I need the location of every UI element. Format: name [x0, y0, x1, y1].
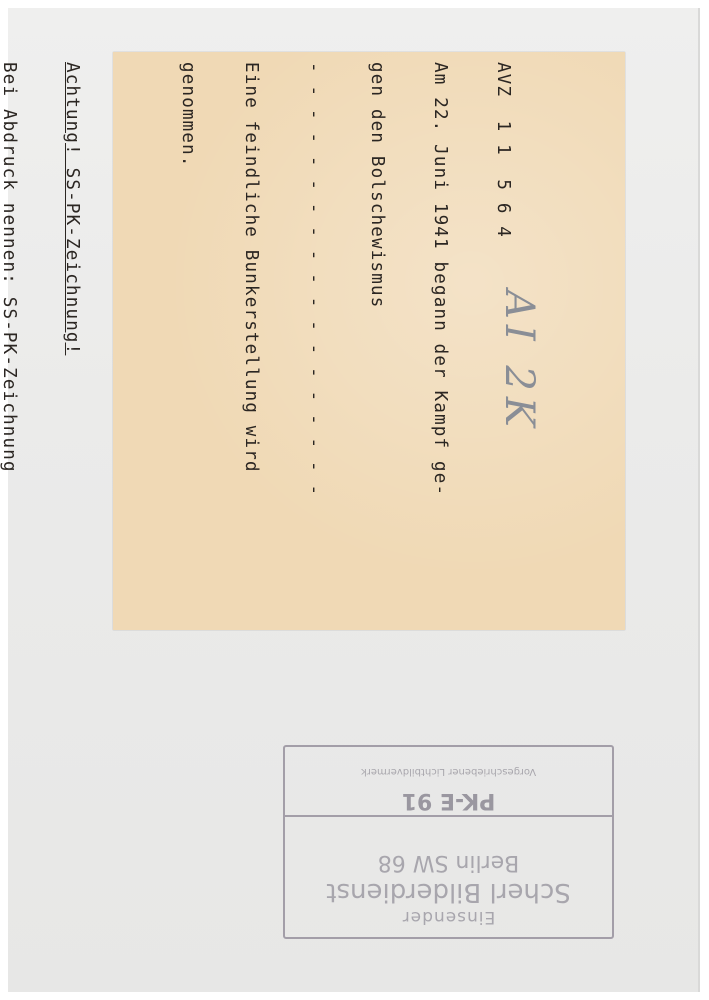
caption-line: Eine feindliche Bunkerstellung wird: [240, 62, 261, 602]
stamp-divider: [285, 815, 612, 817]
sender-stamp: Einsender Scherl Bilderdienst Berlin SW …: [283, 745, 614, 939]
caption-line: genommen.: [177, 62, 198, 602]
handwritten-note: AI 2K: [496, 290, 542, 433]
notice-heading: Achtung! SS-PK-Zeichnung!: [61, 62, 82, 602]
stamp-code: PK-E 91: [285, 788, 612, 813]
caption-line: - - - - - - - - - - - - - - - - - - -: [303, 62, 324, 602]
caption-text-block: AVZ 1 1 5 6 4 Am 22. Juni 1941 begann de…: [0, 62, 555, 602]
credit-line: Bei Abdruck nennen: SS-PK-Zeichnung: [0, 62, 19, 602]
stamp-title: Einsender: [285, 907, 612, 927]
caption-line: Am 22. Juni 1941 begann der Kampf ge-: [429, 62, 450, 602]
spacer: [124, 62, 135, 602]
caption-line: gen den Bolschewismus: [366, 62, 387, 602]
stamp-agency-name: Scherl Bilderdienst: [285, 877, 612, 907]
stamp-footer: Vorgeschriebener Lichtbildvermerk: [285, 766, 612, 777]
stamp-city: Berlin SW 68: [285, 850, 612, 875]
